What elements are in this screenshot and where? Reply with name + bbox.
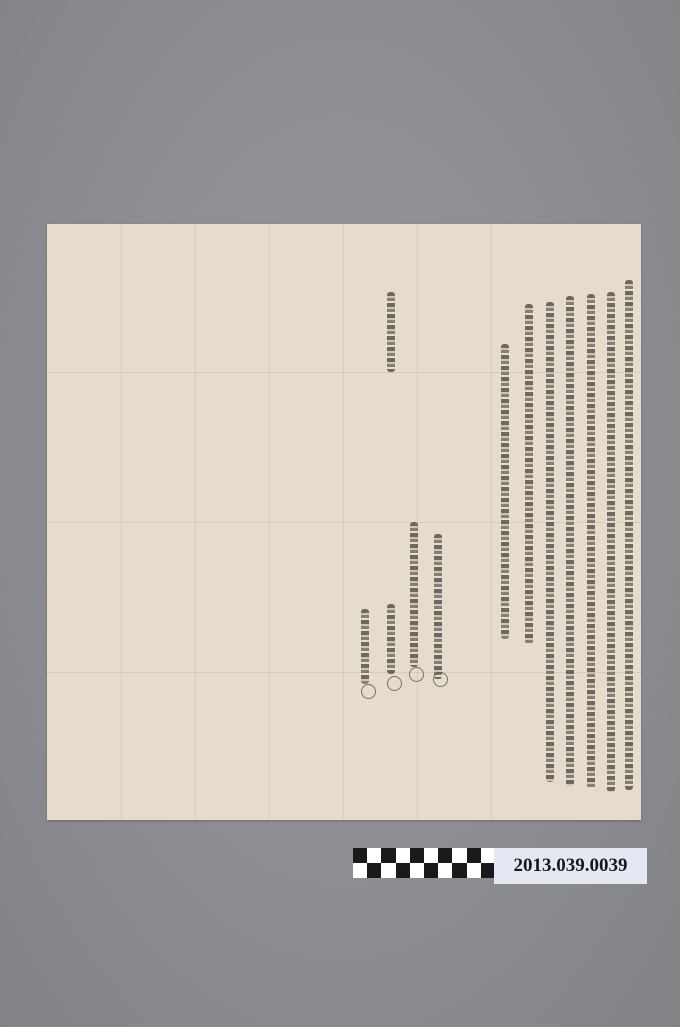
text-column [361, 609, 369, 684]
color-scale-bar [353, 848, 495, 878]
text-column [434, 534, 442, 679]
text-column [625, 280, 633, 790]
text-column [566, 296, 574, 786]
seal-mark [433, 672, 448, 687]
text-column [501, 344, 509, 639]
seal-mark [361, 684, 376, 699]
document-paper [47, 224, 641, 820]
text-column [525, 304, 533, 644]
text-column [387, 604, 395, 674]
text-column [607, 292, 615, 792]
text-column [387, 292, 395, 372]
text-column [410, 522, 418, 667]
seal-mark [387, 676, 402, 691]
text-column [587, 294, 595, 789]
seal-mark [409, 667, 424, 682]
text-column [546, 302, 554, 782]
accession-number-label: 2013.039.0039 [494, 848, 647, 884]
